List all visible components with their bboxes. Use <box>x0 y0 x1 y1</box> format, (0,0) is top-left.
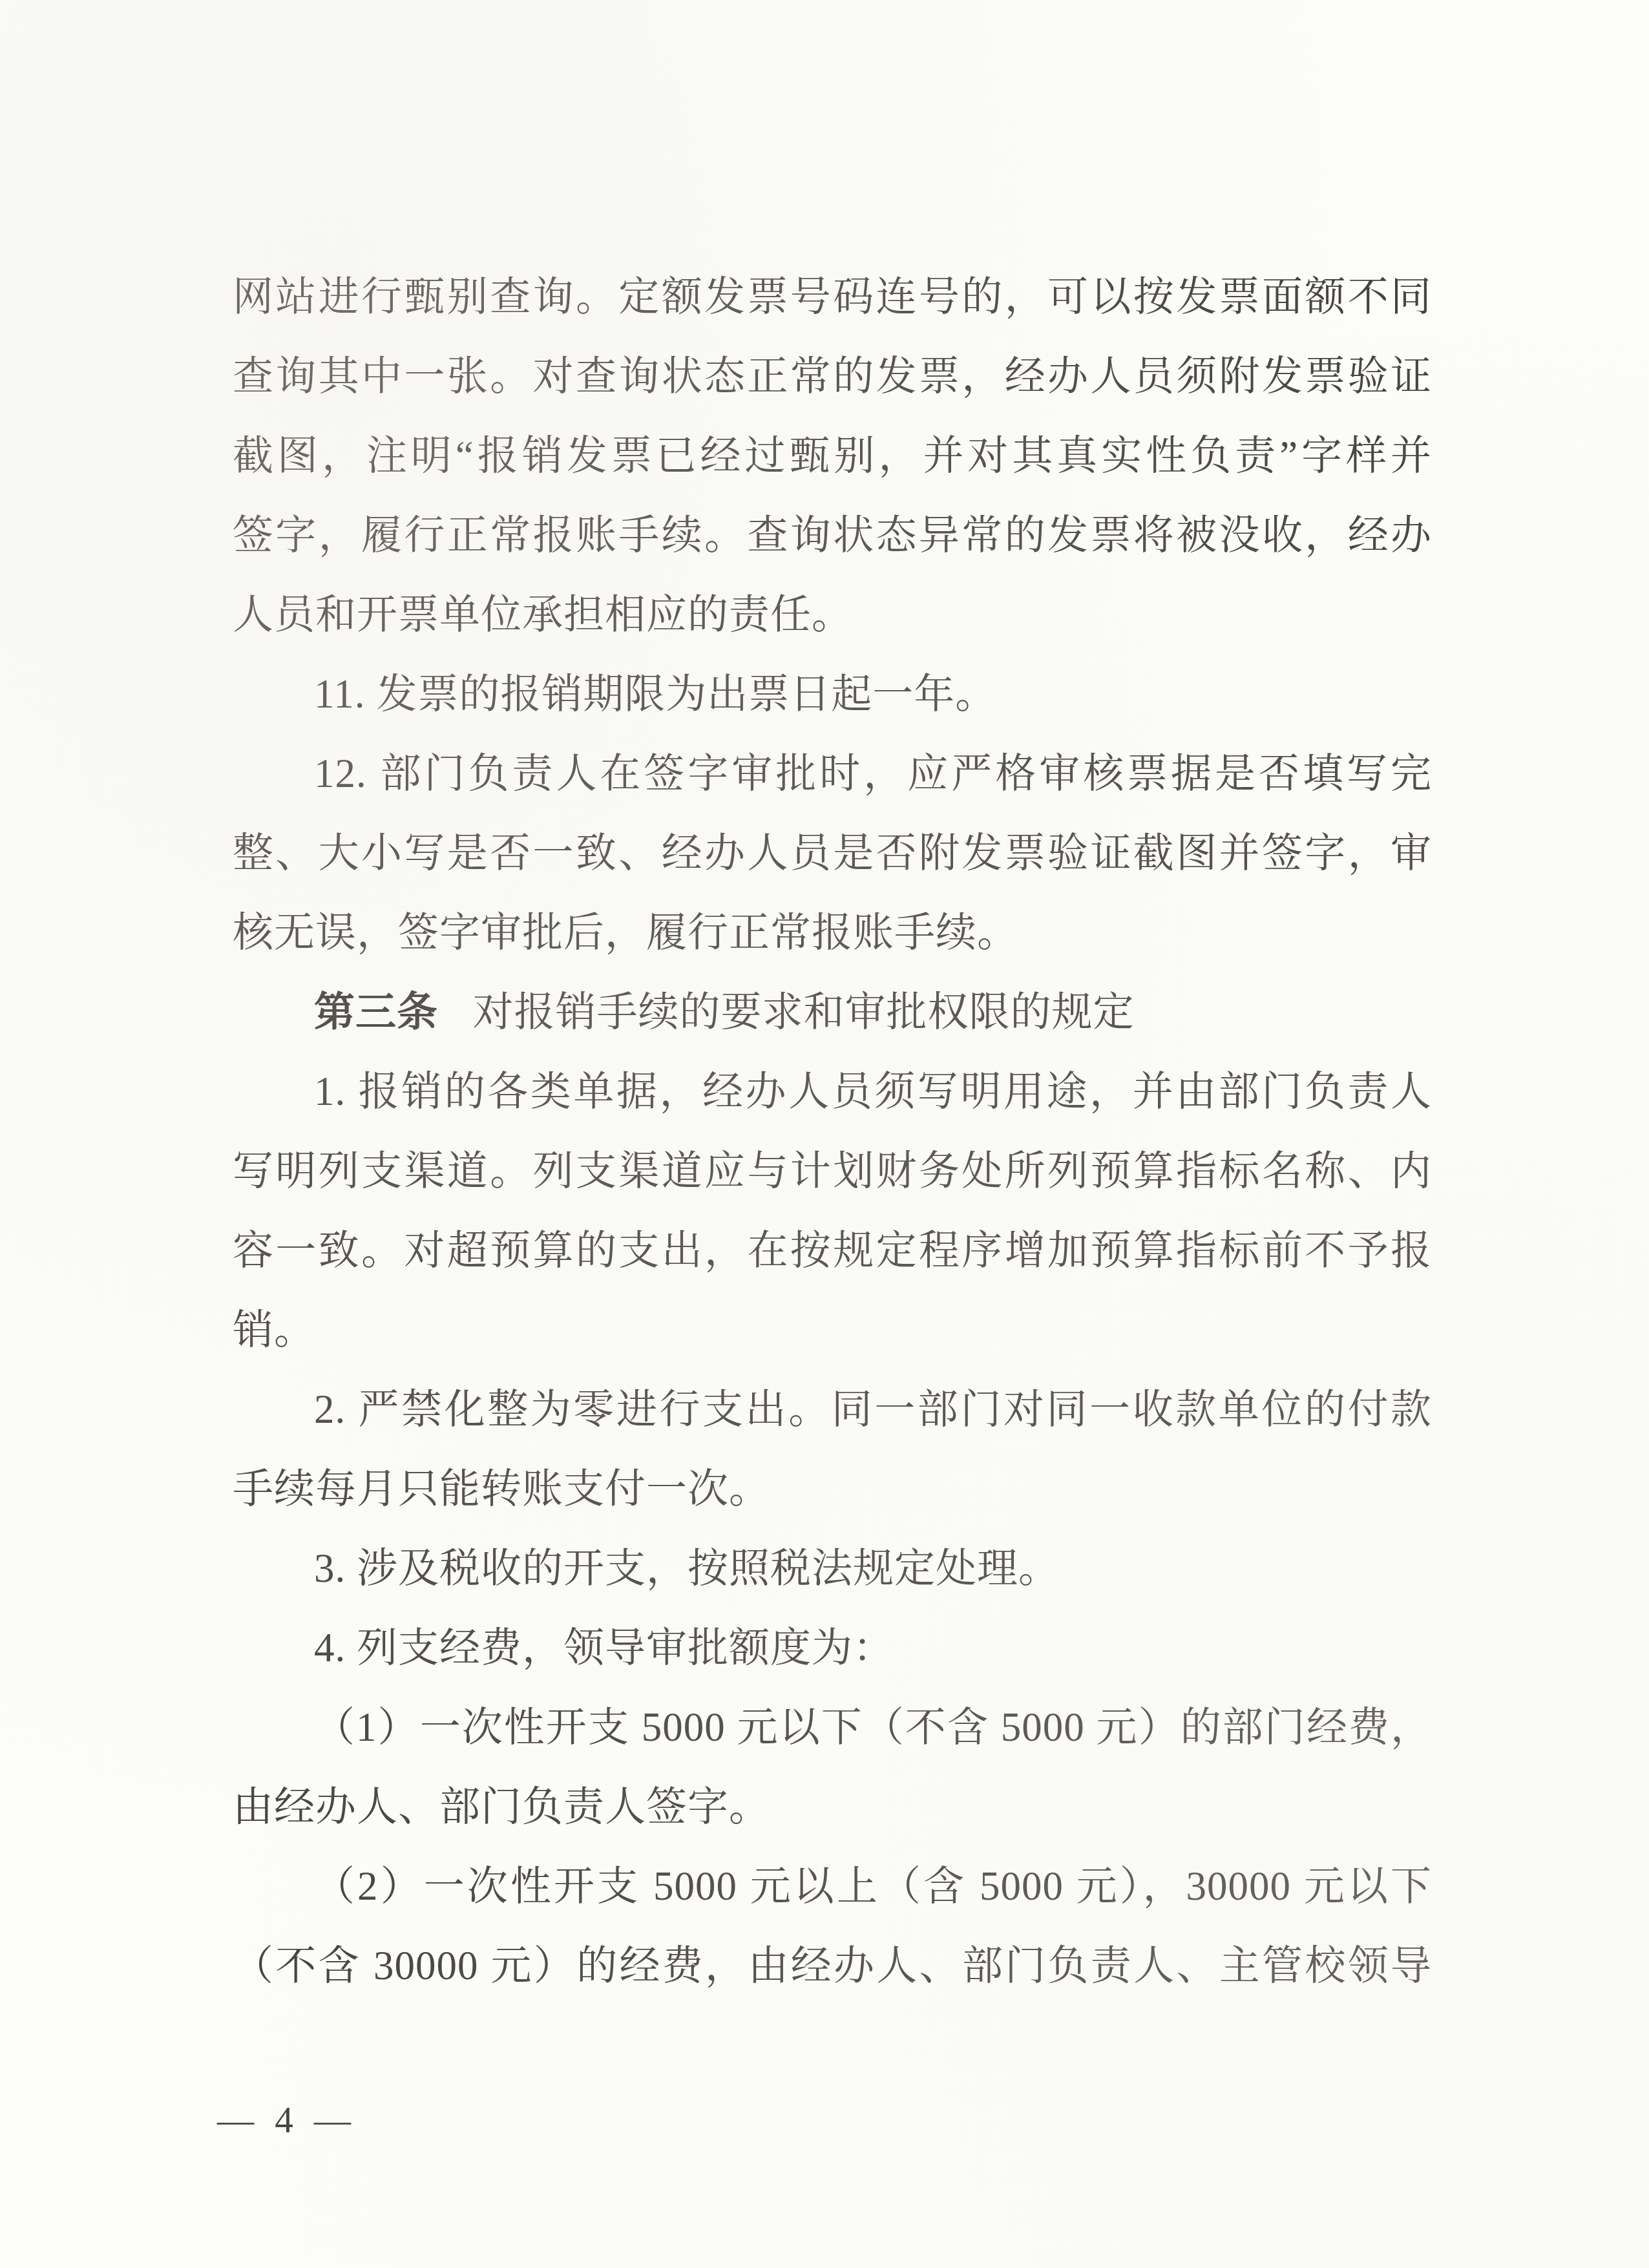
text-line-item-12: 12. 部门负责人在签字审批时，应严格审核票据是否填写完 <box>233 734 1432 814</box>
clause-heading: 第三条对报销手续的要求和审批权限的规定 <box>233 972 1432 1052</box>
text-line-item-11: 11. 发票的报销期限为出票日起一年。 <box>233 655 1432 734</box>
text-line-item-1: 1. 报销的各类单据，经办人员须写明用途，并由部门负责人 <box>233 1052 1432 1131</box>
text-line: 手续每月只能转账支付一次。 <box>233 1449 1432 1529</box>
text-line: 查询其中一张。对查询状态正常的发票，经办人员须附发票验证 <box>233 337 1432 416</box>
text-line-item-3: 3. 涉及税收的开支，按照税法规定处理。 <box>233 1529 1432 1608</box>
text-line: 容一致。对超预算的支出，在按规定程序增加预算指标前不予报 <box>233 1211 1432 1290</box>
text-line: 整、大小写是否一致、经办人员是否附发票验证截图并签字，审 <box>233 814 1432 893</box>
scanned-document-page: 网站进行甄别查询。定额发票号码连号的，可以按发票面额不同 查询其中一张。对查询状… <box>0 0 1649 2268</box>
text-line: 人员和开票单位承担相应的责任。 <box>233 575 1432 655</box>
text-line: 网站进行甄别查询。定额发票号码连号的，可以按发票面额不同 <box>233 257 1432 337</box>
page-number: — 4 — <box>217 2082 357 2159</box>
clause-heading-text: 对报销手续的要求和审批权限的规定 <box>473 989 1135 1034</box>
text-line-subitem-2: （2）一次性开支 5000 元以上（含 5000 元），30000 元以下 <box>233 1847 1432 1926</box>
text-line-item-2: 2. 严禁化整为零进行支出。同一部门对同一收款单位的付款 <box>233 1370 1432 1449</box>
text-line: 由经办人、部门负责人签字。 <box>233 1767 1432 1847</box>
text-line: 写明列支渠道。列支渠道应与计划财务处所列预算指标名称、内 <box>233 1131 1432 1211</box>
text-line: 截图，注明“报销发票已经过甄别，并对其真实性负责”字样并 <box>233 416 1432 496</box>
text-line-subitem-1: （1）一次性开支 5000 元以下（不含 5000 元）的部门经费， <box>233 1688 1432 1767</box>
text-line: 销。 <box>233 1290 1432 1370</box>
text-line: 签字，履行正常报账手续。查询状态异常的发票将被没收，经办 <box>233 496 1432 575</box>
text-line: （不含 30000 元）的经费，由经办人、部门负责人、主管校领导 <box>233 1926 1432 2006</box>
text-line: 核无误，签字审批后，履行正常报账手续。 <box>233 893 1432 972</box>
clause-heading-term: 第三条 <box>314 989 438 1034</box>
document-text-block: 网站进行甄别查询。定额发票号码连号的，可以按发票面额不同 查询其中一张。对查询状… <box>233 257 1432 2006</box>
text-line-item-4: 4. 列支经费，领导审批额度为： <box>233 1608 1432 1688</box>
